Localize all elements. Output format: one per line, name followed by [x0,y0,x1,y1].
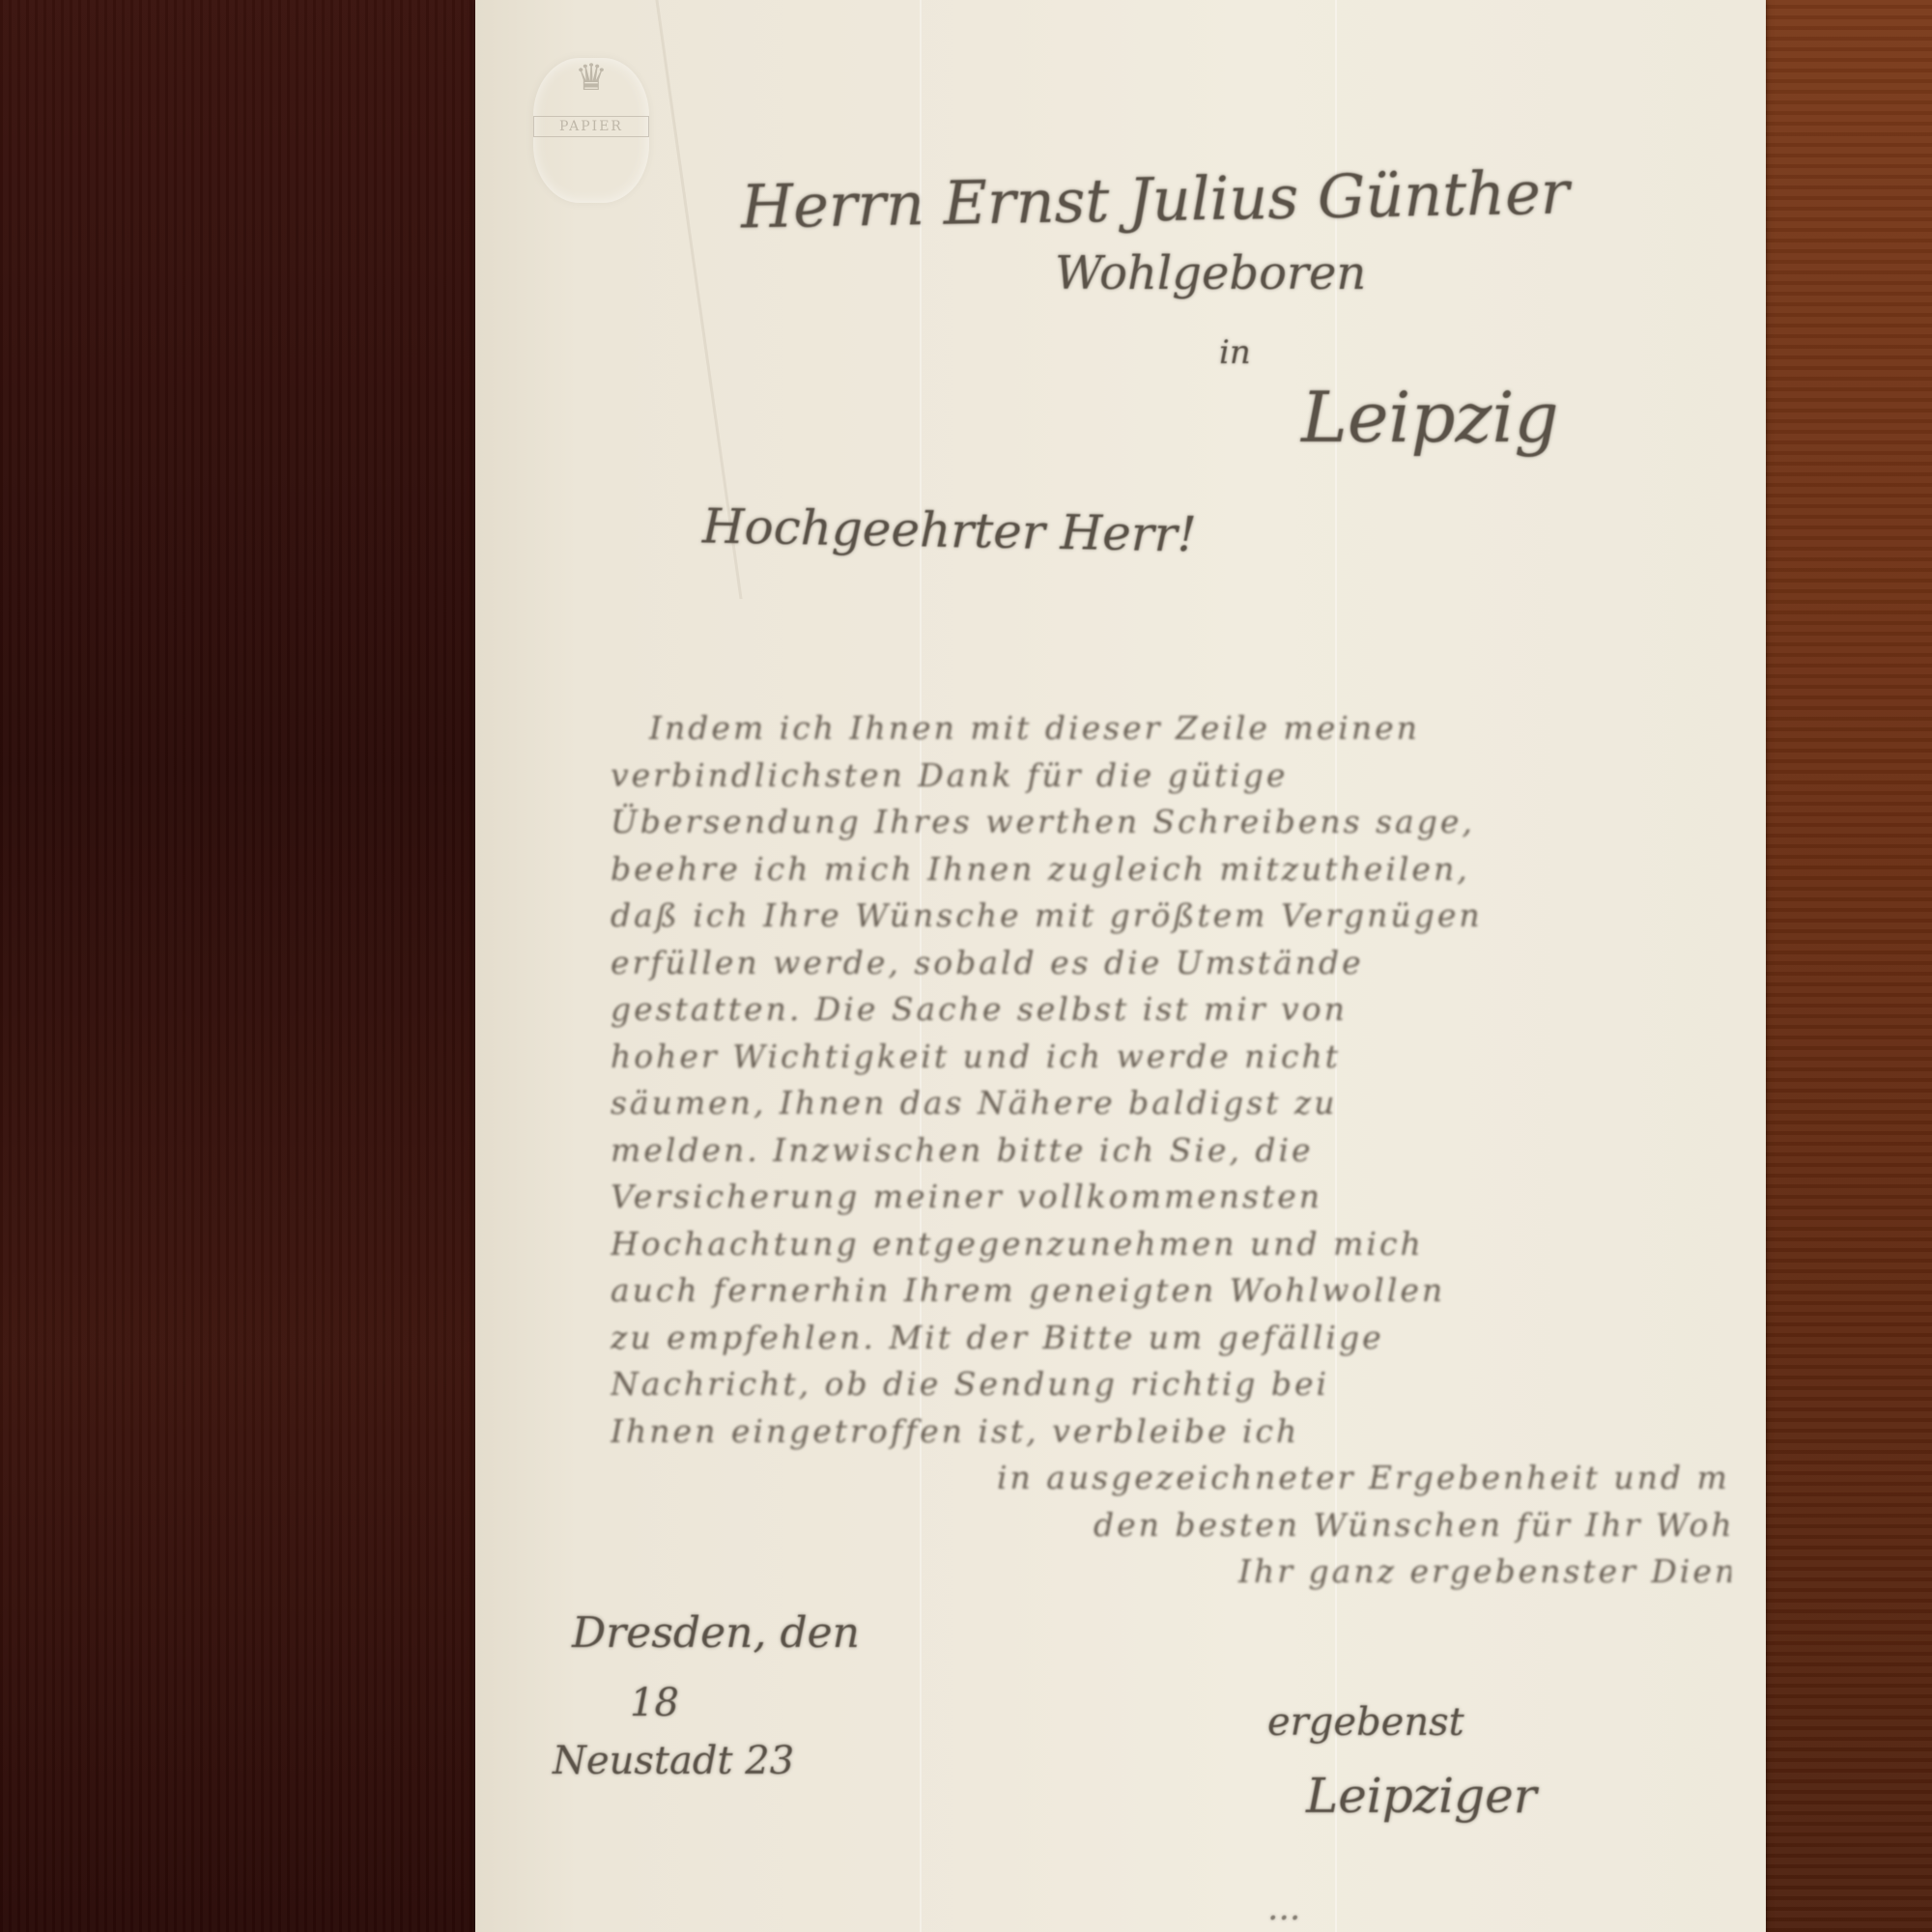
body-line: Ihr ganz ergebenster Diener [611,1548,1731,1596]
body-line: auch fernerhin Ihrem geneigten Wohlwolle… [611,1267,1731,1315]
body-line: Ihnen eingetroffen ist, verbleibe ich [611,1408,1731,1456]
body-line: in ausgezeichneter Ergebenheit und mit [611,1455,1731,1502]
recipient-name: Herrn Ernst Julius Günther [740,157,1570,242]
signature-trailing: ... [1267,1889,1300,1928]
body-line: beehre ich mich Ihnen zugleich mitzuthei… [611,846,1731,894]
wooden-table-left [0,0,475,1932]
body-line: Versicherung meiner vollkommensten [611,1174,1731,1221]
body-line: gestatten. Die Sache selbst ist mir von [611,986,1731,1034]
body-line: verbindlichsten Dank für die gütige [611,753,1731,800]
body-line: Hochachtung entgegenzunehmen und mich [611,1221,1731,1268]
crown-icon: ♛ [533,58,649,97]
place-and-date: Dresden, den [572,1608,860,1658]
body-line: hoher Wichtigkeit und ich werde nicht [611,1034,1731,1081]
recipient-title: Wohlgeboren [1055,246,1366,300]
crest-label: PAPIER [533,116,649,137]
body-line: erfüllen werde, sobald es die Umstände [611,940,1731,987]
date-line-secondary: Neustadt 23 [553,1739,794,1783]
body-line: Übersendung Ihres werthen Schreibens sag… [611,799,1731,846]
date-line: 18 [630,1681,679,1725]
salutation: Hochgeehrter Herr! [702,498,1198,563]
letter-body: Indem ich Ihnen mit dieser Zeile meinen … [611,705,1731,1596]
letter-sheet: ♛ PAPIER Herrn Ernst Julius Günther Wohl… [475,0,1766,1932]
body-line: den besten Wünschen für Ihr Wohlergehen [611,1502,1731,1549]
address-preposition: in [1219,333,1251,372]
recipient-city: Leipzig [1301,377,1559,458]
wooden-table-right [1766,0,1932,1932]
signature: Leipziger [1306,1768,1537,1824]
body-line: daß ich Ihre Wünsche mit größtem Vergnüg… [611,893,1731,940]
body-line: melden. Inzwischen bitte ich Sie, die [611,1127,1731,1175]
body-line: Nachricht, ob die Sendung richtig bei [611,1361,1731,1408]
embossed-crest: ♛ PAPIER [533,58,649,203]
body-line: Indem ich Ihnen mit dieser Zeile meinen [611,705,1731,753]
body-line: säumen, Ihnen das Nähere baldigst zu [611,1080,1731,1127]
closing-phrase: ergebenst [1267,1700,1464,1745]
body-line: zu empfehlen. Mit der Bitte um gefällige [611,1315,1731,1362]
